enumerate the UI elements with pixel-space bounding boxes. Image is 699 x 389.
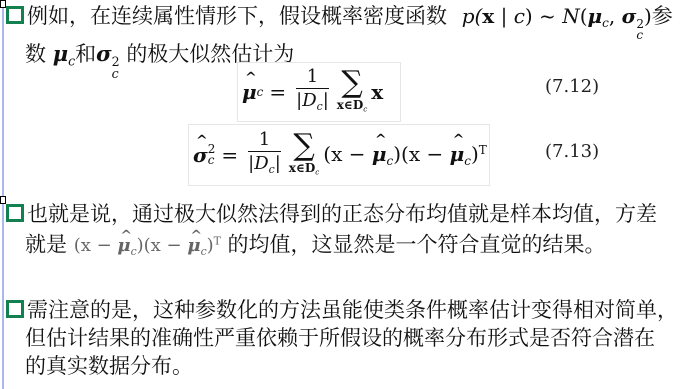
math-sub: c <box>315 167 319 176</box>
text: x∈D <box>337 98 363 112</box>
square-bullet-icon <box>6 204 24 222</box>
paragraph-2-line-1: 也就是说，通过极大似然法得到的正态分布均值就是样本均值，方差 <box>6 200 657 228</box>
text: 例如，在连续属性情形下，假设概率密度函数 <box>27 4 447 28</box>
text: 就是 <box>25 232 67 256</box>
math-sub: c <box>464 154 471 168</box>
math-mu-hat: μ <box>372 142 387 166</box>
math-bar: | <box>494 4 513 28</box>
equation-number: (7.12) <box>545 76 599 97</box>
paragraph-3-line-3: 的真实数据分布。 <box>6 352 678 380</box>
equation-7-13: σ2c = 1 |Dc| ∑ x∈Dc (x − μc)(x − μc)T <box>188 124 490 186</box>
fraction: 1 |Dc| <box>296 66 329 119</box>
math-sup: T <box>479 143 487 157</box>
square-bullet-icon <box>6 6 24 24</box>
math-sub: c <box>257 85 264 99</box>
math-sigma: σ <box>622 4 637 28</box>
math-supsub: 2c <box>208 144 216 166</box>
paragraph-2: 也就是说，通过极大似然法得到的正态分布均值就是样本均值，方差 就是 (x − μ… <box>6 200 657 266</box>
math-x: x <box>371 80 383 104</box>
math-sub: c <box>363 104 367 113</box>
math-mu: μ <box>53 41 68 66</box>
math-mu-hat: μ <box>450 142 465 166</box>
math-sub: c <box>112 68 120 79</box>
denominator: |Dc| <box>248 152 281 182</box>
square-bullet-icon <box>6 300 24 318</box>
math-sup: T <box>214 235 221 248</box>
paragraph-3-line-1: 需注意的是，这种参数化的方法虽能使类条件概率估计变得相对简单， <box>6 296 678 324</box>
math-close: ) <box>525 4 533 28</box>
left-rule <box>2 0 4 389</box>
math-comma: , <box>609 4 622 28</box>
text: x∈D <box>289 161 315 175</box>
equation-7-12: μc = 1 |Dc| ∑ x∈Dc x <box>237 62 401 122</box>
math-mu-hat: μ <box>117 232 130 260</box>
paragraph-3: 需注意的是，这种参数化的方法虽能使类条件概率估计变得相对简单， 但估计结果的准确… <box>6 296 678 380</box>
math-open: ( <box>580 4 588 28</box>
math-sigma: σ <box>96 41 111 66</box>
sum-limit: x∈Dc <box>289 161 319 180</box>
sigma-symbol: ∑ <box>341 68 362 98</box>
inline-formula-outer-product: (x − μc)(x − μc)T <box>74 235 221 256</box>
text: 需注意的是，这种参数化的方法虽能使类条件概率估计变得相对简单， <box>27 298 678 322</box>
math-close: ) <box>644 4 652 28</box>
text: |D <box>248 153 269 174</box>
math-x: x <box>482 4 494 28</box>
math-mu: μ <box>588 4 603 28</box>
text: |D <box>296 90 317 111</box>
paragraph-1-line-1: 例如，在连续属性情形下，假设概率密度函数 p(x | c) ~ N(μc, σ2… <box>6 2 673 40</box>
math-eq: = <box>269 80 286 104</box>
summation: ∑ x∈Dc <box>289 131 319 180</box>
text: (x − <box>74 235 118 256</box>
math-sub: c <box>208 155 216 166</box>
text: 和 <box>75 42 96 66</box>
text: ) <box>207 235 214 256</box>
math-sub: c <box>636 30 644 41</box>
text: )(x − <box>393 142 449 166</box>
math-c: c <box>514 4 525 28</box>
text: 的均值，这显然是一个符合直觉的结果。 <box>221 232 606 256</box>
text: 参 <box>652 4 673 28</box>
sum-limit: x∈Dc <box>337 98 367 117</box>
math-mu-hat: μ <box>242 80 257 104</box>
sigma-symbol: ∑ <box>293 131 314 161</box>
numerator: 1 <box>307 66 318 88</box>
math-sigma-hat: σ <box>193 143 208 167</box>
text: ) <box>471 142 479 166</box>
text: 数 <box>25 42 46 66</box>
summation: ∑ x∈Dc <box>337 68 367 117</box>
numerator: 1 <box>259 129 270 151</box>
math-supsub: 2c <box>112 56 120 79</box>
text: 的真实数据分布。 <box>25 354 193 378</box>
text: | <box>323 90 329 111</box>
text: )(x − <box>137 235 188 256</box>
math-p: p( <box>462 4 483 28</box>
inline-formula-density: p(x | c) ~ N(μc, σ2c) <box>462 4 652 28</box>
text: 但估计结果的准确性严重依赖于所假设的概率分布形式是否符合潜在 <box>25 326 655 350</box>
paragraph-3-line-2: 但估计结果的准确性严重依赖于所假设的概率分布形式是否符合潜在 <box>6 324 678 352</box>
math-supsub: 2c <box>636 19 644 41</box>
fraction: 1 |Dc| <box>248 129 281 182</box>
equation-body: (x − μc)(x − μc)T <box>323 142 487 168</box>
math-eq: = <box>221 143 238 167</box>
math-N: N <box>562 4 580 28</box>
text: | <box>275 153 281 174</box>
math-sub: c <box>602 16 609 30</box>
math-mu-hat: μ <box>187 232 200 260</box>
paragraph-2-line-2: 就是 (x − μc)(x − μc)T 的均值，这显然是一个符合直觉的结果。 <box>6 228 657 266</box>
math-sim: ~ <box>533 4 562 28</box>
text: (x − <box>323 142 372 166</box>
equation-number: (7.13) <box>545 141 599 162</box>
denominator: |Dc| <box>296 89 329 119</box>
